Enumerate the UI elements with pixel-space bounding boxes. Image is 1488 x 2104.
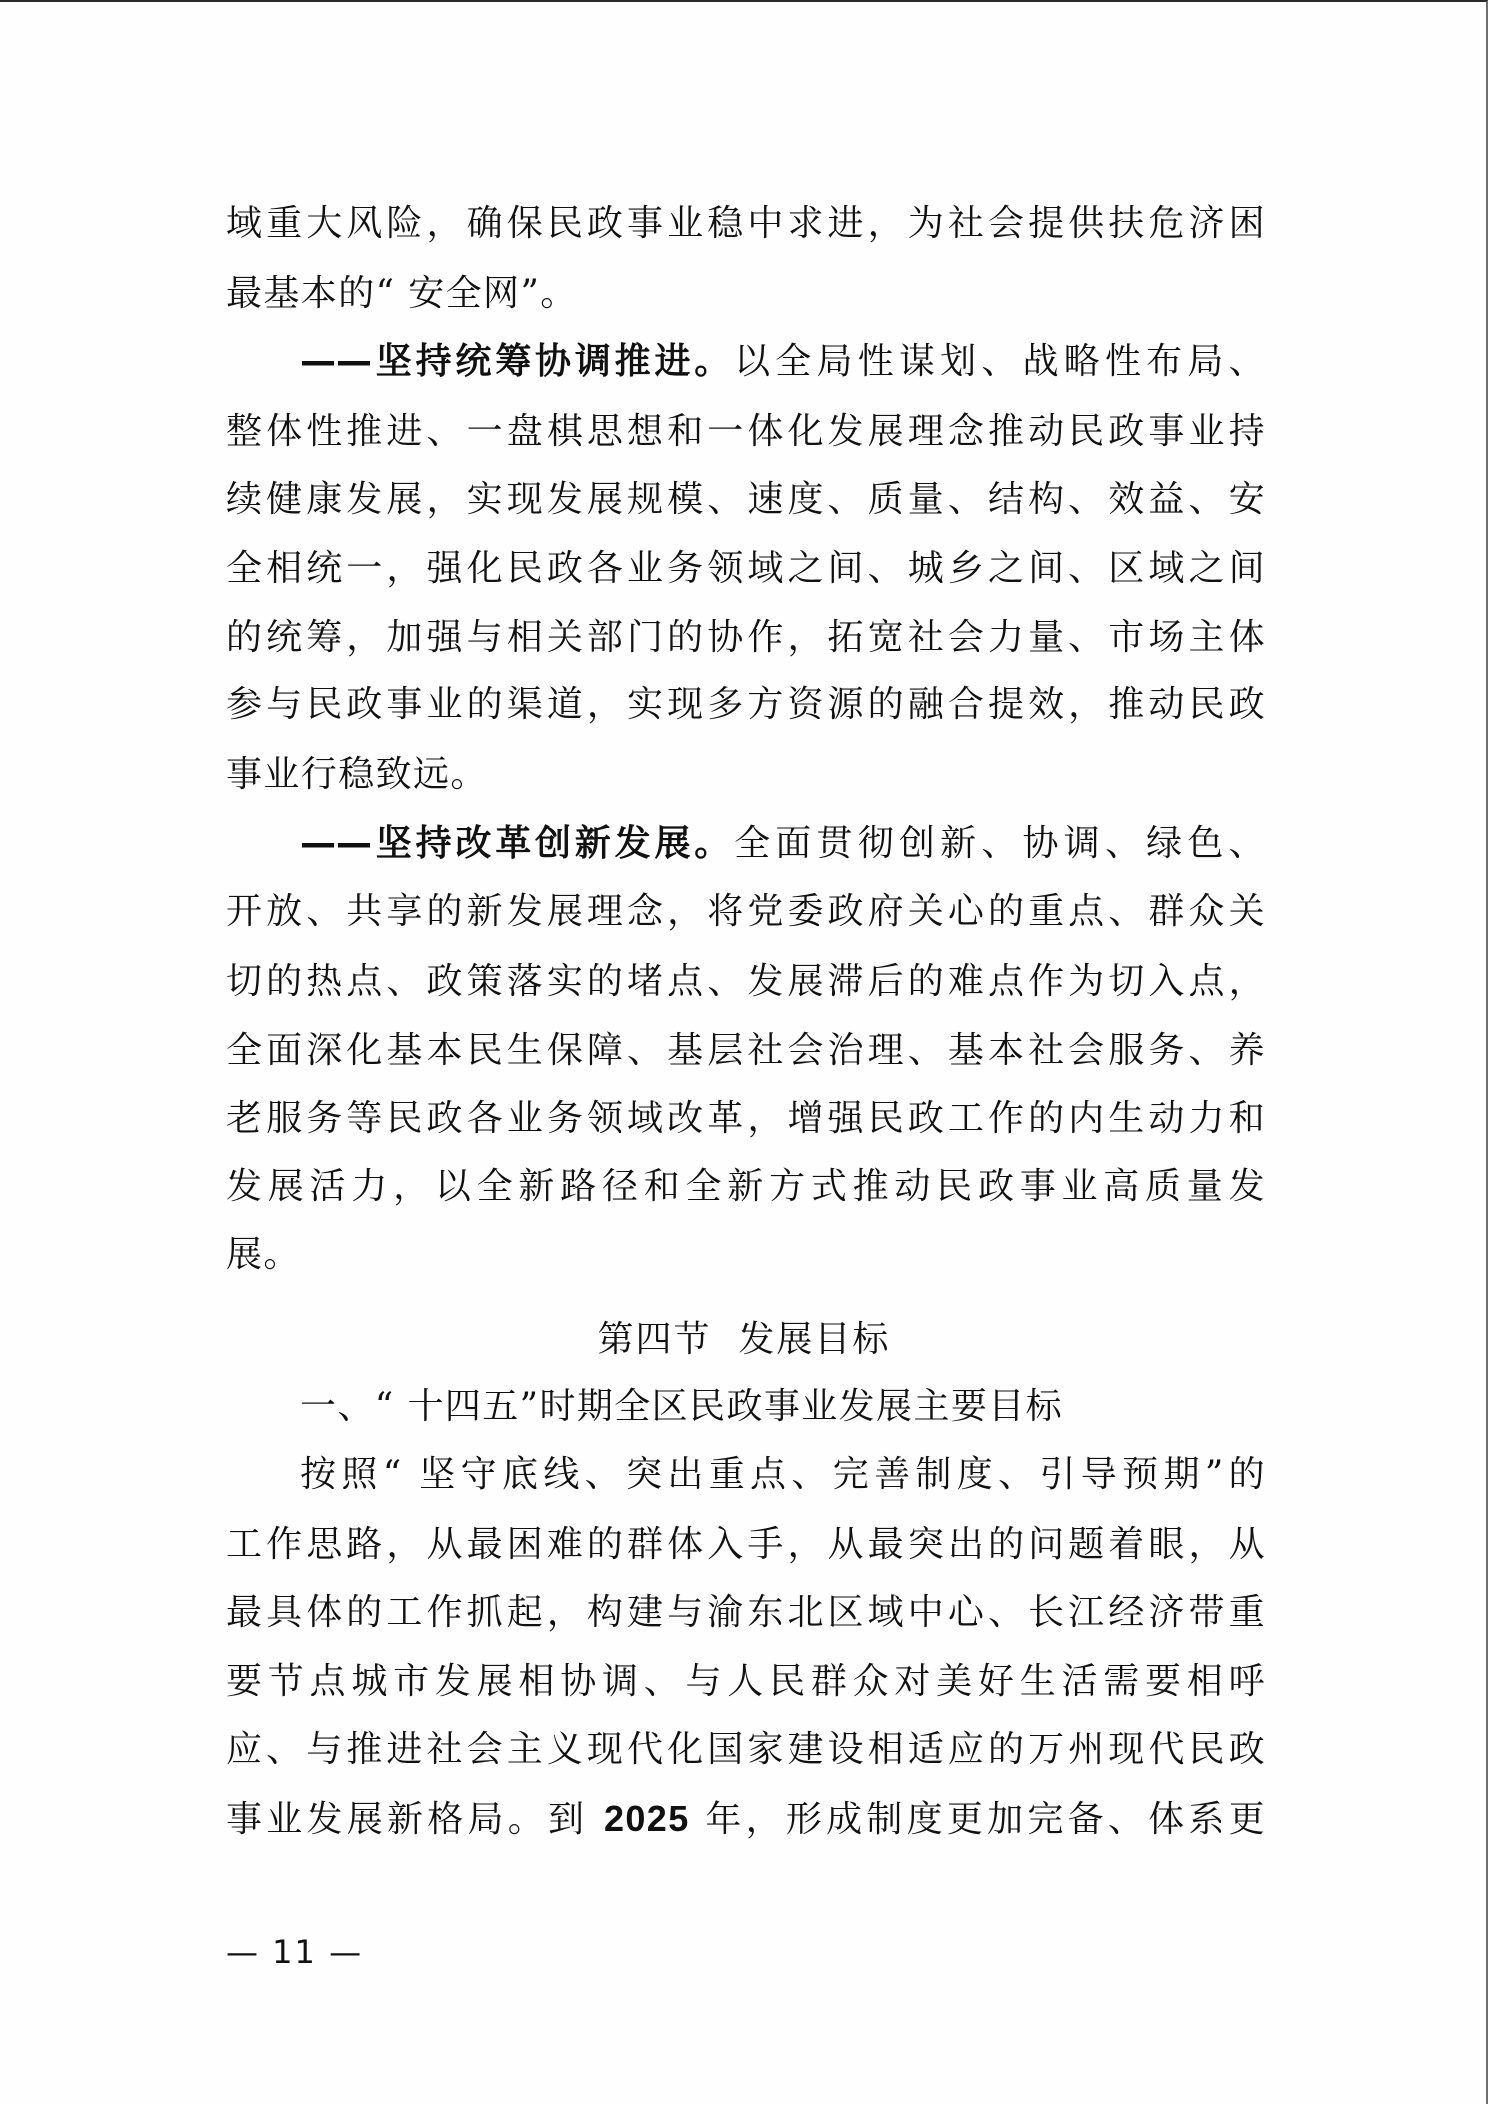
- section-heading: 第四节 发展目标: [0, 1318, 1488, 1362]
- document-page: 域重大风险，确保民政事业稳中求进，为社会提供扶危济困 最基本的“ 安全网”。 —…: [0, 0, 1488, 2104]
- paragraph-line: 发展活力，以全新路径和全新方式推动民政事业高质量发: [226, 1165, 1266, 1209]
- paragraph-line: 域重大风险，确保民政事业稳中求进，为社会提供扶危济困: [226, 202, 1266, 246]
- paragraph-line: 全面深化基本民生保障、基层社会治理、基本社会服务、养: [226, 1029, 1266, 1073]
- paragraph-text: 以全局性谋划、战略性布局、: [734, 341, 1266, 382]
- paragraph-line: 参与民政事业的渠道，实现多方资源的融合提效，推动民政: [226, 683, 1266, 727]
- paragraph-text: 事业发展新格局。到: [226, 1799, 604, 1840]
- paragraph-line: 开放、共享的新发展理念，将党委政府关心的重点、群众关: [226, 890, 1266, 934]
- paragraph-line: 的统筹，加强与相关部门的协作，拓宽社会力量、市场主体: [226, 616, 1266, 660]
- principle-heading: ——坚持统筹协调推进。: [300, 341, 734, 382]
- paragraph-line: 最基本的“ 安全网”。: [226, 272, 1266, 316]
- paragraph-line: 老服务等民政各业务领域改革，增强民政工作的内生动力和: [226, 1097, 1266, 1141]
- paragraph-line: 展。: [226, 1233, 1266, 1277]
- paragraph-line: 全相统一，强化民政各业务领域之间、城乡之间、区域之间: [226, 547, 1266, 591]
- paragraph-line: 工作思路，从最困难的群体入手，从最突出的问题着眼，从: [226, 1523, 1266, 1567]
- paragraph-line: 整体性推进、一盘棋思想和一体化发展理念推动民政事业持: [226, 410, 1266, 454]
- paragraph-first-line: 按照“ 坚守底线、突出重点、完善制度、引导预期”的: [300, 1453, 1266, 1497]
- paragraph-line: 最具体的工作抓起，构建与渝东北区域中心、长江经济带重: [226, 1591, 1266, 1635]
- paragraph-line: 续健康发展，实现发展规模、速度、质量、结构、效益、安: [226, 478, 1266, 522]
- paragraph-text: 年，形成制度更加完备、体系更: [690, 1799, 1266, 1840]
- subheading: 一、“ 十四五”时期全区民政事业发展主要目标: [300, 1385, 1266, 1429]
- paragraph-first-line: ——坚持改革创新发展。全面贯彻创新、协调、绿色、: [300, 822, 1266, 866]
- target-year: 2025: [604, 1798, 690, 1839]
- paragraph-text: 全面贯彻创新、协调、绿色、: [734, 823, 1266, 864]
- page-number: — 11 —: [226, 1930, 363, 1974]
- paragraph-line: 要节点城市发展相协调、与人民群众对美好生活需要相呼: [226, 1660, 1266, 1704]
- paragraph-line: 切的热点、政策落实的堵点、发展滞后的难点作为切入点，: [226, 960, 1266, 1004]
- principle-heading: ——坚持改革创新发展。: [300, 823, 734, 864]
- paragraph-line: 应、与推进社会主义现代化国家建设相适应的万州现代民政: [226, 1728, 1266, 1772]
- paragraph-line: 事业发展新格局。到 2025 年，形成制度更加完备、体系更: [226, 1797, 1266, 1841]
- paragraph-line: 事业行稳致远。: [226, 753, 1266, 797]
- paragraph-first-line: ——坚持统筹协调推进。以全局性谋划、战略性布局、: [300, 340, 1266, 384]
